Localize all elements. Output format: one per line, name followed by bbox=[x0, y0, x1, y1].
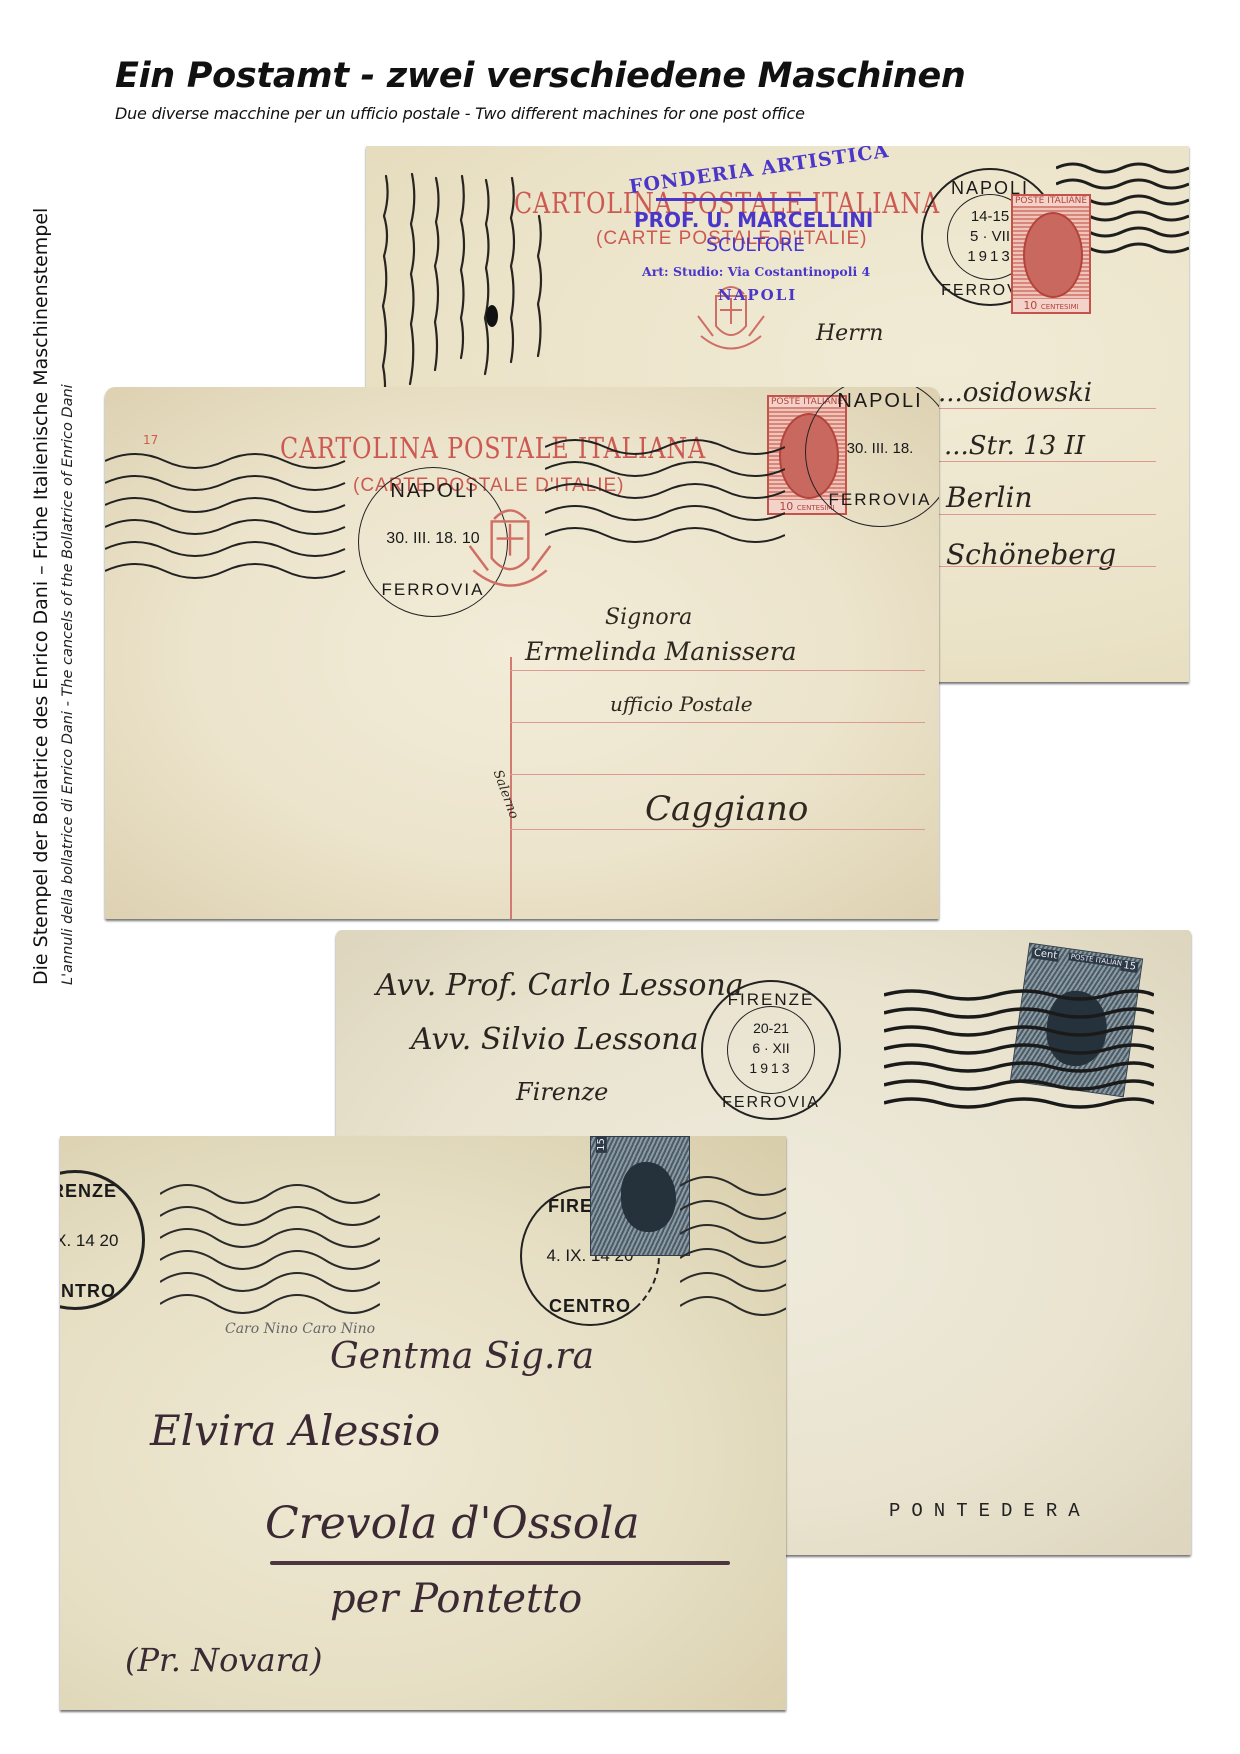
cancel-date: 6 · XII bbox=[703, 1040, 839, 1056]
cancel-year: 1913 bbox=[703, 1060, 839, 1076]
address-line-5: (Pr. Novara) bbox=[125, 1641, 322, 1679]
cancel-date: 30. III. 18. bbox=[806, 440, 939, 457]
sender-cachet-address: Art: Studio: Via Costantinopoli 4 bbox=[642, 264, 870, 279]
cachet-rule bbox=[656, 198, 816, 201]
stamp-label: Cent bbox=[1031, 947, 1060, 962]
typed-destination: PONTEDERA bbox=[889, 1500, 1091, 1522]
pencil-note: Caro Nino Caro Nino bbox=[225, 1321, 375, 1337]
address-rule bbox=[510, 774, 925, 775]
postcard-napoli-1918: 17 CARTOLINA POSTALE ITALIANA (CARTE POS… bbox=[105, 387, 939, 919]
address-line-2: ...osidowski bbox=[938, 378, 1092, 408]
savoy-crest-icon bbox=[465, 497, 555, 607]
sender-line-3: Firenze bbox=[516, 1078, 608, 1106]
stamp-value: 15 bbox=[596, 1136, 607, 1153]
address-rule bbox=[926, 461, 1156, 462]
address-line-3: ufficio Postale bbox=[610, 692, 753, 716]
sender-cachet-profession: SCULTORE bbox=[706, 234, 805, 256]
page-title: Ein Postamt - zwei verschiedene Maschine… bbox=[115, 56, 966, 96]
postage-stamp-10c: POSTE ITALIANE 10 CENTESIMI bbox=[1011, 194, 1091, 314]
page-subtitle: Due diverse macchine per un ufficio post… bbox=[115, 104, 805, 123]
address-line-4: Berlin bbox=[946, 481, 1032, 514]
cancel-date: 4. IX. 14 20 bbox=[60, 1231, 142, 1251]
underline bbox=[270, 1561, 730, 1565]
cancel-office: FERROVIA bbox=[806, 490, 939, 510]
cancel-hour: 20-21 bbox=[703, 1020, 839, 1036]
address-line-3: ...Str. 13 II bbox=[944, 431, 1085, 461]
stamp-country: POSTE ITALIANE bbox=[1013, 196, 1089, 206]
sender-cachet-name: PROF. U. MARCELLINI bbox=[634, 208, 873, 232]
firenze-centro-cancel-left: FIRENZE 4. IX. 14 20 CENTRO bbox=[60, 1170, 145, 1310]
cancel-office: CENTRO bbox=[522, 1296, 658, 1317]
address-line-5: Caggiano bbox=[645, 789, 808, 829]
firenze-ferrovia-cancel: FIRENZE 20-21 6 · XII 1913 FERROVIA bbox=[701, 980, 841, 1120]
machine-cancel-waves bbox=[884, 985, 1154, 1110]
address-line-2: Elvira Alessio bbox=[150, 1406, 440, 1455]
address-line-4: per Pontetto bbox=[330, 1576, 582, 1622]
cancel-office: CENTRO bbox=[60, 1281, 142, 1302]
cancel-office: FERROVIA bbox=[703, 1094, 839, 1112]
side-subtitle: L'annuli della bollatrice di Enrico Dani… bbox=[60, 384, 76, 985]
address-line-2: Ermelinda Manissera bbox=[525, 637, 797, 666]
sender-line-1: Avv. Prof. Carlo Lessona bbox=[376, 968, 744, 1003]
side-title: Die Stempel der Bollatrice des Enrico Da… bbox=[30, 208, 52, 985]
king-portrait-icon bbox=[1023, 212, 1083, 298]
address-line-1: Herrn bbox=[816, 321, 883, 346]
cancel-city: FIRENZE bbox=[703, 990, 839, 1010]
stamp-country: POSTE ITALIANE bbox=[1068, 952, 1129, 968]
sender-cachet-city: NAPOLI bbox=[718, 286, 797, 304]
stamp-value: 10 CENTESIMI bbox=[1013, 299, 1089, 312]
address-rule bbox=[926, 514, 1156, 515]
address-line-1: Signora bbox=[605, 605, 692, 630]
address-line-3: Crevola d'Ossola bbox=[265, 1498, 640, 1549]
address-rule bbox=[510, 829, 925, 830]
cancel-city: FIRENZE bbox=[60, 1181, 142, 1202]
machine-cancel-waves bbox=[680, 1166, 786, 1316]
king-portrait-icon bbox=[621, 1162, 676, 1232]
address-rule bbox=[926, 408, 1156, 409]
cancel-city: NAPOLI bbox=[806, 390, 939, 413]
address-rule bbox=[926, 566, 1156, 567]
machine-cancel-waves bbox=[160, 1174, 380, 1314]
envelope-firenze-crevola: FIRENZE 4. IX. 14 20 CENTRO FIRENZE 4. I… bbox=[60, 1136, 786, 1710]
stamp-value: 15 bbox=[1121, 960, 1139, 973]
machine-cancel-waves bbox=[545, 417, 785, 557]
machine-cancel-waves bbox=[105, 447, 355, 587]
address-line-4: Salerno bbox=[490, 768, 522, 821]
sender-line-2: Avv. Silvio Lessona bbox=[411, 1022, 698, 1057]
card-serial: 17 bbox=[143, 433, 158, 447]
napoli-ferrovia-cancel-right: NAPOLI 30. III. 18. FERROVIA bbox=[805, 387, 939, 527]
address-rule bbox=[510, 670, 925, 671]
postage-stamp-15c-blue: 15 bbox=[590, 1136, 690, 1256]
address-rule bbox=[510, 722, 925, 723]
address-line-1: Gentma Sig.ra bbox=[330, 1336, 594, 1377]
